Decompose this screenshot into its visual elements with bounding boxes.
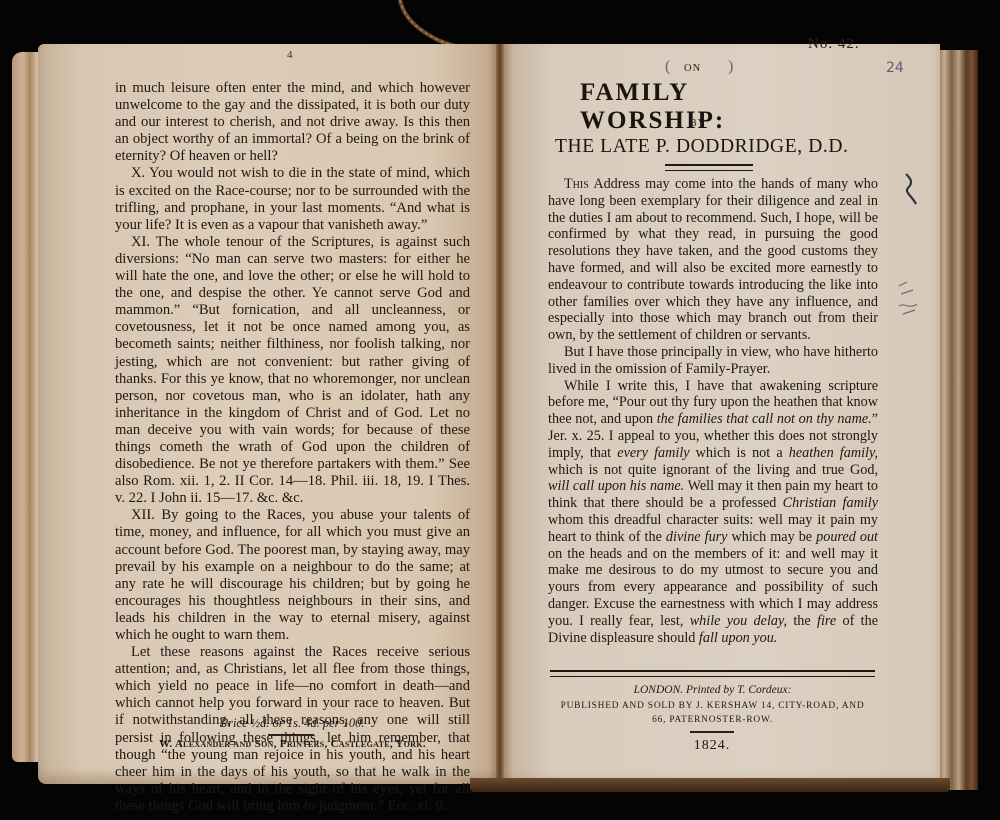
folio-mark: 4 [287, 49, 293, 61]
paragraph-intro: This Address may come into the hands of … [548, 176, 878, 344]
italic-segment: divine fury [666, 529, 728, 545]
italic-segment: fall upon you. [699, 630, 777, 646]
text-segment: But I have those principally in view, wh… [548, 344, 878, 377]
title-rule [665, 164, 753, 171]
imprint-publisher-line2: 66, PATERNOSTER-ROW. [550, 713, 875, 727]
page-title: FAMILY WORSHIP: [580, 79, 840, 135]
paragraph-principal: But I have those principally in view, wh… [548, 344, 878, 378]
paragraph-scripture: While I write this, I have that awakenin… [548, 378, 878, 647]
spine-bottom [470, 778, 950, 792]
left-page-text: in much leisure often enter the mind, an… [115, 80, 470, 815]
text-segment: the [787, 613, 817, 629]
text-segment: which is not quite ignorant of the livin… [548, 462, 878, 478]
text-segment: Address may come into the hands of many … [548, 176, 878, 343]
author-line: THE LATE P. DODDRIDGE, D.D. [555, 136, 849, 158]
imprint-publisher: PUBLISHED AND SOLD BY J. KERSHAW 14, CIT… [550, 699, 875, 727]
publication-year: 1824. [690, 738, 734, 754]
price-line: Price ½d. or 1s. 4d. per 100. [115, 716, 470, 731]
paragraph: in much leisure often enter the mind, an… [115, 80, 470, 165]
divider-rule [268, 734, 314, 736]
year-rule [690, 731, 734, 733]
parenthesis-close: ) [728, 58, 733, 76]
italic-segment: the families that call not on thy name. [657, 411, 872, 427]
by-label: BY [690, 118, 706, 129]
imprint-rule [550, 670, 875, 677]
italic-segment: fire [817, 613, 836, 629]
parenthesis-open: ( [665, 58, 670, 76]
italic-segment: heathen family, [789, 445, 878, 461]
text-segment: which may be [727, 529, 816, 545]
imprint-london: LONDON. Printed by T. Cordeux: [550, 684, 875, 696]
italic-segment: every family [617, 445, 689, 461]
book-gutter [496, 44, 504, 792]
pencil-mark-icon [900, 172, 922, 208]
on-label: ON [684, 63, 701, 74]
italic-segment: while you delay, [690, 613, 787, 629]
paragraph-xii: XII. By going to the Races, you abuse yo… [115, 507, 470, 644]
text-segment: which is not a [690, 445, 789, 461]
tract-number: No. 42. [808, 36, 860, 53]
pencil-scribble-icon [895, 280, 925, 320]
italic-segment: poured out [816, 529, 878, 545]
right-page-text: This Address may come into the hands of … [548, 176, 878, 646]
pencil-annotation: 24 [886, 60, 904, 76]
paragraph-xi: XI. The whole tenour of the Scriptures, … [115, 234, 470, 508]
paragraph-x: X. You would not wish to die in the stat… [115, 165, 470, 233]
small-caps-opening: This [564, 176, 589, 192]
italic-segment: Christian family [783, 495, 878, 511]
printer-imprint: W. Alexander and Son, Printers, Castlega… [115, 738, 470, 750]
imprint-publisher-line1: PUBLISHED AND SOLD BY J. KERSHAW 14, CIT… [550, 699, 875, 713]
italic-segment: will call upon his name. [548, 478, 684, 494]
